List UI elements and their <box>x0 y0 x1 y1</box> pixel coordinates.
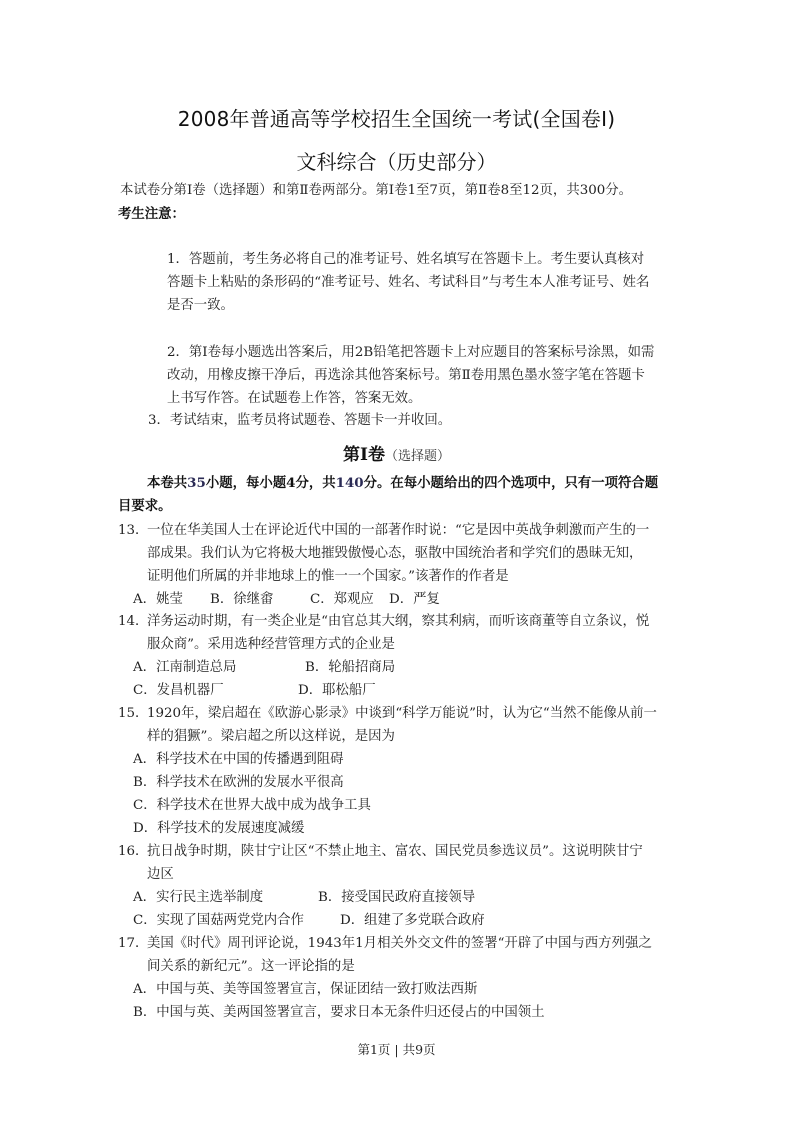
option-b: B．轮船招商局 <box>305 658 395 678</box>
question-number: 15． <box>118 704 148 724</box>
section-instructions: 本卷共35小题，每小题4分，共140分。在每小题给出的四个选项中，只有一项符合题 <box>147 473 658 493</box>
option-b: B．科学技术在欧洲的发展水平很高 <box>133 773 344 793</box>
option-d: D．科学技术的发展速度减缓 <box>133 819 304 839</box>
option-a: A．实行民主选举制度 <box>133 888 263 908</box>
total-score: 140 <box>336 475 364 491</box>
notice-line: 3．考试结束，监考员将试题卷、答题卡一并收回。 <box>148 411 451 431</box>
document-subtitle: 文科综合（历史部分） <box>0 146 793 175</box>
notice-line: 答题卡上粘贴的条形码的“准考证号、姓名、考试科目”与考生本人准考证号、姓名 <box>167 273 649 293</box>
question-line: 样的猖獗”。梁启超之所以这样说，是因为 <box>147 727 395 747</box>
question-line: 服众商”。采用选种经营管理方式的企业是 <box>147 635 395 655</box>
option-b: B．徐继畬 <box>210 590 273 610</box>
question-number: 14． <box>118 612 148 632</box>
question-line: 美国《时代》周刊评论说，1943年1月相关外交文件的签署“开辟了中国与西方列强之 <box>147 934 652 954</box>
question-line: 边区 <box>147 865 174 885</box>
option-b: B．中国与英、美两国签署宣言，要求日本无条件归还侵占的中国领土 <box>133 1003 545 1023</box>
notice-line: 是否一致。 <box>167 296 234 316</box>
question-line: 1920年，梁启超在《欧游心影录》中谈到“科学万能说”时，认为它“当然不能像从前… <box>147 704 657 724</box>
option-c: C．郑观应 <box>310 590 374 610</box>
option-a: A．中国与英、美等国签署宣言，保证团结一致打败法西斯 <box>133 980 477 1000</box>
option-a: A．姚莹 <box>133 590 183 610</box>
page-number: 第1页 <box>357 1042 390 1057</box>
document-title: 2008年普通高等学校招生全国统一考试(全国卷Ⅰ) <box>0 103 793 132</box>
option-a: A．科学技术在中国的传播遇到阻碍 <box>133 750 344 770</box>
question-line: 洋务运动时期，有一类企业是“由官总其大纲，察其利病，而听该商董等自立条议，悦 <box>147 612 649 632</box>
page-separator: | <box>394 1042 398 1057</box>
question-line: 一位在华美国人士在评论近代中国的一部著作时说：“它是因中英战争刺激而产生的一 <box>147 521 649 541</box>
exam-page: 2008年普通高等学校招生全国统一考试(全国卷Ⅰ) 文科综合（历史部分） 本试卷… <box>0 0 793 1122</box>
question-line: 间关系的新纪元”。这一评论指的是 <box>147 957 355 977</box>
option-c: C．发昌机器厂 <box>133 681 224 701</box>
section-title-sub: （选择题） <box>385 449 450 464</box>
option-d: D．严复 <box>389 590 440 610</box>
option-c: C．实现了国菇两党党内合作 <box>133 911 304 931</box>
page-footer: 第1页 | 共9页 <box>0 1040 793 1058</box>
question-number: 13． <box>118 521 148 541</box>
notice-line: 改动，用橡皮擦干净后，再选涂其他答案标号。第Ⅱ卷用黑色墨水签字笔在答题卡 <box>167 366 645 386</box>
notice-line: 1．答题前，考生务必将自己的准考证号、姓名填写在答题卡上。考生要认真核对 <box>167 250 644 270</box>
section-title: 第Ⅰ卷 <box>343 445 385 465</box>
section-instructions-line2: 目要求。 <box>118 496 172 516</box>
option-b: B．接受国民政府直接领导 <box>318 888 475 908</box>
notice-heading: 考生注意： <box>118 204 185 224</box>
section-heading: 第Ⅰ卷（选择题） <box>0 440 793 465</box>
question-line: 抗日战争时期，陕甘宁让区“不禁止地主、富农、国民党员参选议员”。这说明陕甘宁 <box>147 842 643 862</box>
question-line: 部成果。我们认为它将极大地摧毁傲慢心态，驱散中国统治者和学究们的愚昧无知， <box>147 544 642 564</box>
intro-text: 本试卷分第Ⅰ卷（选择题）和第Ⅱ卷两部分。第Ⅰ卷1至7页，第Ⅱ卷8至12页，共30… <box>120 181 632 201</box>
notice-line: 上书写作答。在试题卷上作答，答案无效。 <box>167 389 421 409</box>
option-d: D．组建了多党联合政府 <box>340 911 485 931</box>
question-number: 17． <box>118 934 148 954</box>
question-count: 35 <box>187 475 206 491</box>
question-line: 证明他们所属的并非地球上的惟一一个国家。”该著作的作者是 <box>147 567 509 587</box>
notice-line: 2．第Ⅰ卷每小题选出答案后，用2B铅笔把答题卡上对应题目的答案标号涂黑，如需 <box>167 343 654 363</box>
question-number: 16． <box>118 842 148 862</box>
option-c: C．科学技术在世界大战中成为战争工具 <box>133 796 371 816</box>
option-d: D．耶松船厂 <box>298 681 376 701</box>
page-total: 共9页 <box>403 1042 436 1057</box>
option-a: A．江南制造总局 <box>133 658 236 678</box>
